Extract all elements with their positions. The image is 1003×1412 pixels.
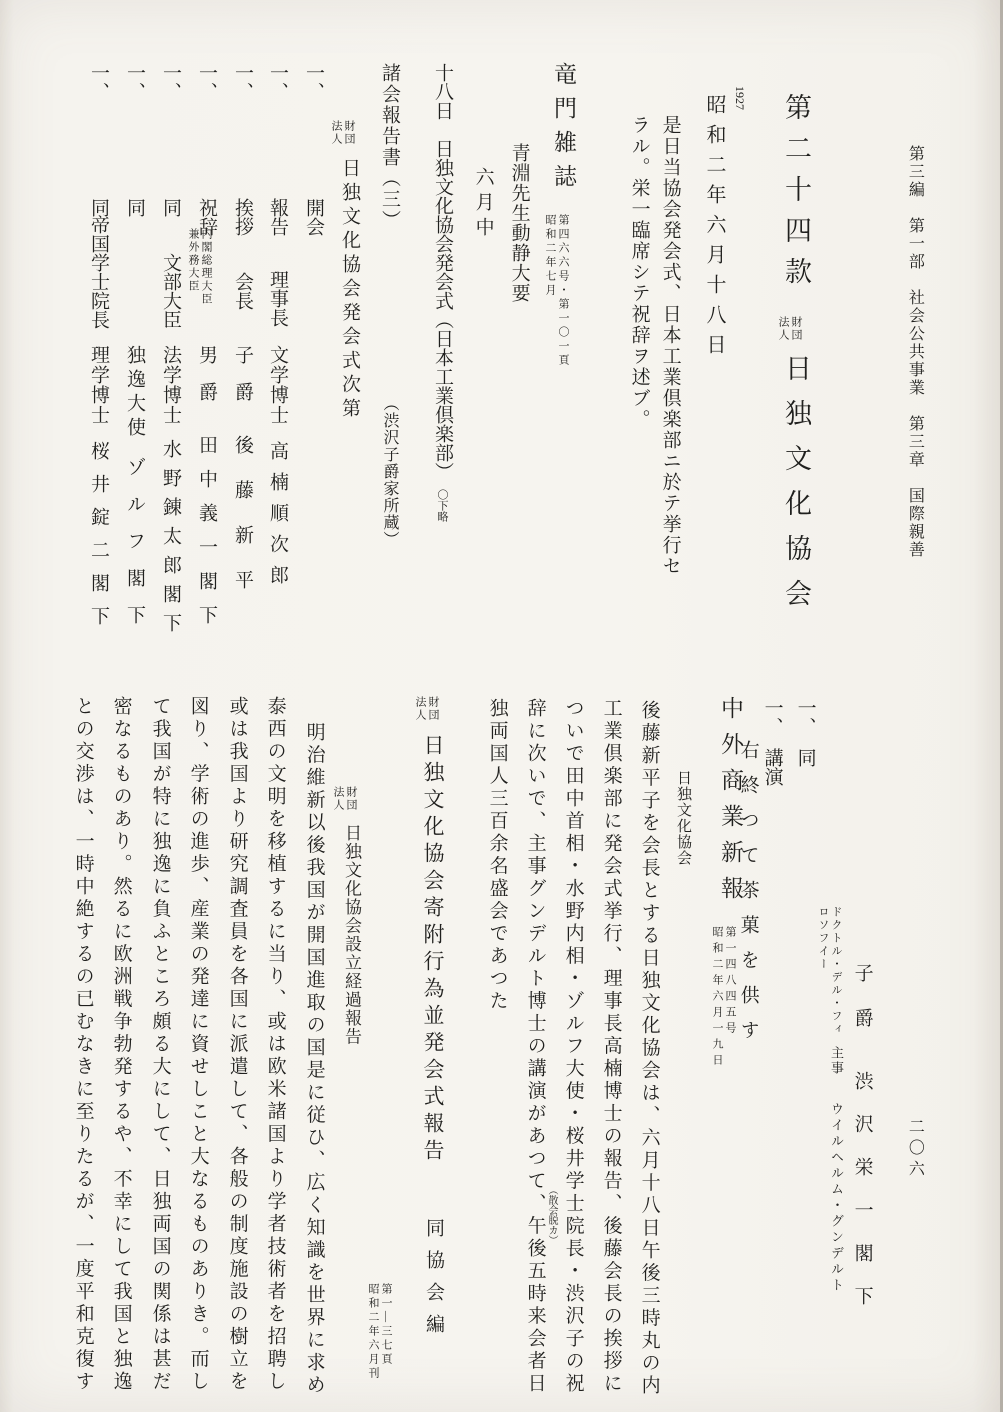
item-label: 同 bbox=[120, 198, 147, 217]
kifu-pages: 第一—三七頁 bbox=[379, 1283, 392, 1381]
program-item: 一、同 bbox=[791, 698, 818, 767]
section-title: 日独文化協会 bbox=[781, 354, 811, 624]
shokai-title-column: 諸会報告書（三） （渋沢子爵家所蔵） bbox=[374, 63, 404, 548]
chugai-title: 中外商業新報 bbox=[718, 696, 743, 912]
item-number: 一、 bbox=[263, 63, 290, 101]
item-label: 開会 bbox=[299, 198, 326, 236]
keika-body-line: 密なるものあり。然るに欧洲戦争勃発するや、不幸にして我国と独逸 bbox=[107, 696, 134, 1394]
item-qualification: 文学博士 bbox=[267, 345, 288, 425]
program-item: 一、 報告 理事長 文学博士高楠順次郎 bbox=[258, 63, 292, 648]
section-number: 第二十四款 bbox=[781, 93, 811, 298]
program-org-line2: 法人 bbox=[329, 120, 342, 146]
item-role-lines: 内閣総理大臣 兼外務大臣 bbox=[186, 228, 212, 306]
program-org-note: 財団 法人 bbox=[329, 120, 355, 146]
item-role: 主事 bbox=[829, 1046, 844, 1076]
ryumon-title-column: 竜門雑誌 第四六六号・第一〇一頁 昭和二年七月 bbox=[543, 62, 579, 368]
summary-line-1: 是日当協会発会式、日本工業倶楽部ニ於テ挙行セ bbox=[656, 115, 683, 577]
keika-body-line: との交渉は、一時中絶するの已むなきに至りたるが、一度平和克復す bbox=[69, 696, 96, 1394]
program-item: 一、 同 文部大臣 法学博士水野錬太郎閣下 bbox=[151, 63, 185, 648]
item-qualification: 男爵 bbox=[196, 345, 217, 419]
item-number: 一、 bbox=[762, 698, 783, 736]
item-qualification: 法学博士 bbox=[160, 345, 181, 425]
keika-org-note: 財団 法人 bbox=[331, 786, 357, 812]
item-person-name: 桜井錠二閣下 bbox=[88, 441, 109, 639]
chugai-body-line: ついで田中首相・水野内相・ゾルフ大使・桜井学士院長・渋沢子の祝 bbox=[559, 698, 586, 1396]
chugai-body-line: 独両国人三百余名盛会であつた bbox=[483, 698, 510, 1013]
chugai-editorial-sidenote: （散会脱カ） bbox=[544, 1185, 558, 1245]
item-name-line: 男爵田中義一閣下 bbox=[192, 345, 219, 639]
item-qualification: 子爵 bbox=[232, 345, 253, 419]
item-role-warichu: 内閣総理大臣 兼外務大臣 bbox=[186, 228, 219, 306]
ryumon-issue-note: 第四六六号・第一〇一頁 昭和二年七月 bbox=[543, 214, 569, 368]
item-role: 理事長 bbox=[263, 270, 290, 327]
item-name-line: 子爵渋沢栄一閣下 bbox=[848, 963, 875, 1329]
item-person-name: 田中義一閣下 bbox=[196, 435, 217, 639]
keika-org-line1: 財団 bbox=[344, 786, 357, 812]
item-qualification: 子爵 bbox=[852, 963, 873, 1053]
item-label: 同 bbox=[156, 198, 183, 217]
summary-line-2: ラル。栄一臨席シテ祝辞ヲ述ブ。 bbox=[625, 115, 652, 430]
item-person-name: ゾルフ閣下 bbox=[124, 457, 145, 642]
program-org-line1: 財団 bbox=[342, 120, 355, 146]
keika-org-line2: 法人 bbox=[331, 786, 344, 812]
program-item: 一、 同 帝国学士院長 理学博士桜井錠二閣下 bbox=[79, 63, 113, 648]
item-number: 一、 bbox=[795, 698, 816, 736]
kifu-pages-lines: 第一—三七頁 昭和二年六月刊 bbox=[366, 1283, 392, 1381]
item-label: 同 bbox=[795, 748, 816, 767]
keika-title: 日独文化協会設立経過報告 bbox=[342, 824, 361, 1046]
item-label: 報告 bbox=[263, 198, 290, 236]
item-label: 挨拶 bbox=[228, 198, 255, 236]
item-person-name: 後藤新平 bbox=[232, 435, 253, 615]
program-heading-column: 財団 法人 日独文化協会発会式次第 bbox=[329, 120, 364, 422]
item-qualification: 独逸大使 bbox=[124, 345, 145, 441]
item-qualification: 理学博士 bbox=[88, 345, 109, 425]
shokai-provenance: （渋沢子爵家所蔵） bbox=[381, 395, 398, 548]
item-role: 文部大臣 bbox=[156, 253, 183, 329]
lecturer-title-lines: ドクトル・デル・フィ ロソフイー bbox=[816, 906, 842, 1036]
kifu-pub-date: 昭和二年六月刊 bbox=[366, 1283, 379, 1381]
chugai-body-line: 工業倶楽部に発会式挙行、理事長高楠博士の報告、後藤会長の挨拶に bbox=[597, 698, 624, 1396]
shokai-title: 諸会報告書（三） bbox=[379, 63, 400, 231]
program-item: 一、 開会 bbox=[294, 63, 328, 648]
keika-body-line: 泰西の文明を移植するに当り、或は欧米諸国より学者技術者を招聘し bbox=[261, 696, 288, 1394]
year-note: 1927 bbox=[731, 86, 748, 110]
item-number: 一、 bbox=[84, 63, 111, 101]
item-role-line2: 兼外務大臣 bbox=[186, 228, 199, 306]
chugai-issue: 第一四八四五号 bbox=[723, 926, 736, 1070]
item-name-line: 子爵後藤新平 bbox=[228, 345, 255, 615]
chugai-title-column: 中外商業新報 第一四八四五号 昭和二年六月一九日 bbox=[710, 696, 746, 1070]
page-number: 二〇六 bbox=[903, 1118, 925, 1181]
chugai-body-line: 後藤新平子を会長とする日独文化協会は、六月十八日午後三時丸の内 bbox=[635, 700, 662, 1398]
item-role: 会長 bbox=[228, 272, 255, 310]
org-type-line2: 法人 bbox=[776, 316, 789, 342]
ryumon-period: 六月中 bbox=[469, 167, 496, 242]
section-title-column: 第二十四款 財団 法人 日独文化協会 bbox=[776, 93, 814, 624]
program-heading: 日独文化協会発会式次第 bbox=[339, 158, 360, 422]
kifu-pages-note: 第一—三七頁 昭和二年六月刊 bbox=[366, 1283, 397, 1381]
kifu-org-line1: 財団 bbox=[426, 696, 439, 722]
program-item: 一、講演 bbox=[758, 698, 785, 786]
chugai-issue-note: 第一四八四五号 昭和二年六月一九日 bbox=[710, 926, 736, 1070]
item-number: 一、 bbox=[299, 63, 326, 101]
item-name-line: 独逸大使ゾルフ閣下 bbox=[120, 345, 147, 642]
item-number: 一、 bbox=[192, 63, 219, 101]
keika-body-line: 図り、学術の進歩、産業の発達に資せしこと大なるものありき。而し bbox=[184, 696, 211, 1394]
item-person-name: 水野錬太郎閣下 bbox=[160, 439, 181, 642]
item-label: 講演 bbox=[762, 748, 783, 786]
org-type-note: 財団 法人 bbox=[776, 316, 802, 342]
lecturer-title-line1: ドクトル・デル・フィ bbox=[829, 906, 842, 1036]
lecturer-title-line2: ロソフイー bbox=[816, 906, 829, 1036]
kifu-editor: 同協会編 bbox=[423, 1218, 444, 1346]
kifu-org-line2: 法人 bbox=[413, 696, 426, 722]
item-name-line: ドクトル・デル・フィ ロソフイー 主事 ウイルヘルム・グンデルト bbox=[816, 906, 851, 1294]
ryumon-title: 竜門雑誌 bbox=[551, 62, 576, 198]
item-role: 帝国学士院長 bbox=[84, 215, 111, 329]
ryumon-issue: 第四六六号・第一〇一頁 bbox=[556, 214, 569, 368]
item-person-name: ウイルヘルム・グンデルト bbox=[829, 1102, 844, 1294]
kifu-title: 日独文化協会寄附行為並発会式報告 bbox=[421, 734, 445, 1166]
item-name-line: 理学博士桜井錠二閣下 bbox=[84, 345, 111, 639]
chugai-body-line: 辞に次いで、主事グンデルト博士の講演があつて、午後五時来会者日 bbox=[521, 698, 548, 1396]
item-name-line: 法学博士水野錬太郎閣下 bbox=[156, 345, 183, 642]
scanned-book-page: 第三編 第一部 社会公共事業 第三章 国際親善 第二十四款 財団 法人 日独文化… bbox=[0, 0, 1003, 1412]
ryumon-entry: 十八日 日独文化協会発会式（日本工業倶楽部） bbox=[432, 63, 453, 481]
keika-body-line: 或は我国より研究調査員を各国に派遣して、各般の制度施設の樹立を bbox=[223, 696, 250, 1394]
ryumon-omission-note: 〇下略 bbox=[436, 489, 448, 522]
chugai-issue-date: 昭和二年六月一九日 bbox=[710, 926, 723, 1070]
keika-body-line: て我国が特に独逸に負ふところ頗る大にして、日独両国の関係は甚だ bbox=[146, 696, 173, 1394]
chugai-headline: 日独文化協会 bbox=[672, 770, 693, 866]
ryumon-entry-column: 十八日 日独文化協会発会式（日本工業倶楽部） 〇下略 bbox=[427, 63, 457, 522]
program-item: 一、 祝辞 内閣総理大臣 兼外務大臣 男爵田中義一閣下 bbox=[187, 63, 221, 648]
org-type-line1: 財団 bbox=[789, 316, 802, 342]
running-head: 第三編 第一部 社会公共事業 第三章 国際親善 bbox=[903, 145, 925, 559]
item-number: 一、 bbox=[156, 63, 183, 101]
item-person-name: 高楠順次郎 bbox=[267, 441, 288, 596]
keika-title-column: 財団 法人 日独文化協会設立経過報告 bbox=[331, 786, 365, 1046]
item-person-name: 渋沢栄一閣下 bbox=[852, 1071, 873, 1329]
keika-body-line: 明治維新以後我国が開国進取の国是に従ひ、広く知識を世界に求め bbox=[300, 722, 327, 1397]
kifu-org-note: 財団 法人 bbox=[413, 696, 439, 722]
kifu-title-column: 財団 法人 日独文化協会寄附行為並発会式報告 同協会編 bbox=[413, 696, 449, 1346]
item-number: 一、 bbox=[228, 63, 255, 101]
program-item: 一、 同 独逸大使ゾルフ閣下 bbox=[115, 63, 149, 648]
ryumon-column-title: 青淵先生動静大要 bbox=[505, 143, 532, 303]
item-role-line1: 内閣総理大臣 bbox=[199, 228, 212, 306]
item-number: 一、 bbox=[120, 63, 147, 101]
item-name-line: 文学博士高楠順次郎 bbox=[263, 345, 290, 596]
ryumon-issue-date: 昭和二年七月 bbox=[543, 214, 556, 368]
date-line: 昭和二年六月十八日 bbox=[700, 94, 728, 364]
program-item: 一、 挨拶 会長 子爵後藤新平 bbox=[223, 63, 257, 648]
